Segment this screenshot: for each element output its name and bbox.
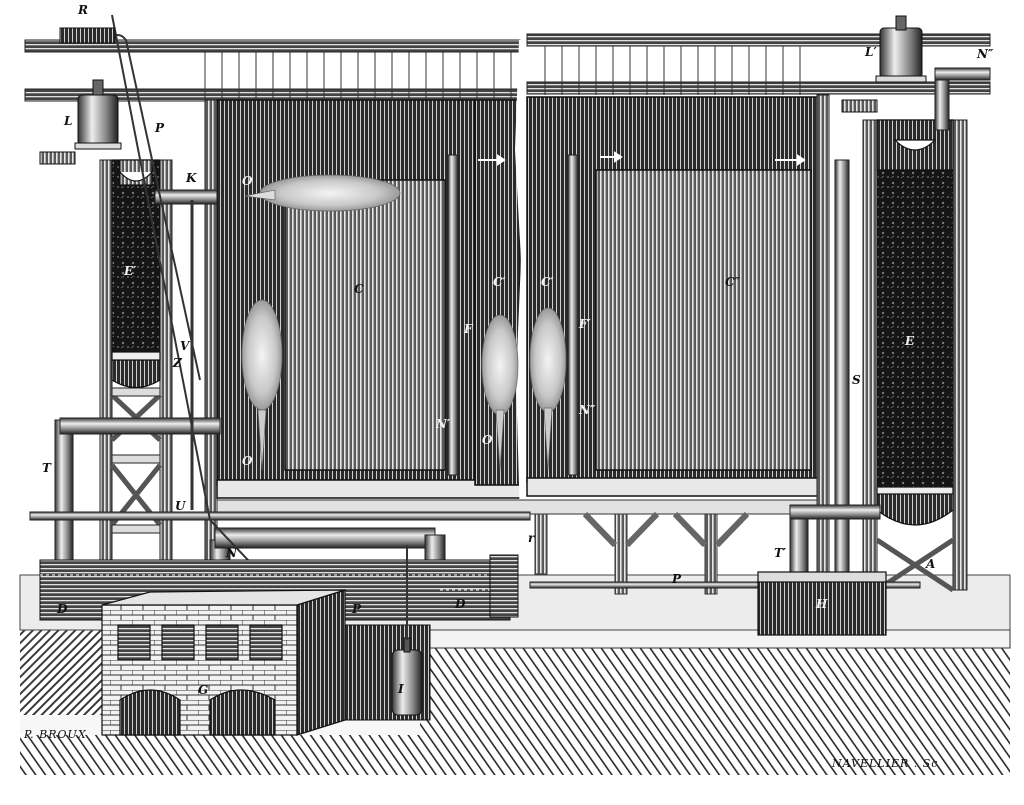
scrubber-right bbox=[877, 120, 953, 525]
label-e-prime: E′ bbox=[124, 265, 136, 277]
label-p-mid: P bbox=[352, 603, 361, 615]
label-s: S bbox=[852, 374, 861, 386]
label-d-right: D bbox=[455, 598, 465, 610]
label-r: R bbox=[78, 4, 88, 16]
label-p-right: P bbox=[672, 573, 681, 585]
label-o-top: O bbox=[242, 175, 252, 187]
label-f-prime: F′ bbox=[579, 318, 591, 330]
label-t-left: T bbox=[42, 462, 51, 474]
label-p-top: P bbox=[155, 122, 164, 134]
label-g: G bbox=[198, 684, 208, 696]
label-n-second: N″ bbox=[579, 404, 595, 416]
label-o-mid: O bbox=[482, 434, 492, 446]
label-n: N bbox=[226, 547, 237, 559]
engraving-illustration bbox=[0, 0, 1024, 805]
label-t-right: T′ bbox=[774, 547, 786, 559]
label-c-prime: C′ bbox=[493, 276, 506, 288]
label-v: V bbox=[180, 340, 189, 352]
signature-engraver: NAVELLIER . Sc bbox=[832, 757, 938, 770]
label-u: U bbox=[175, 500, 185, 512]
signature-artist: P. BROUX bbox=[24, 728, 87, 741]
label-f: F bbox=[464, 323, 473, 335]
label-c-second: C′ bbox=[541, 276, 554, 288]
label-n-third: N″ bbox=[977, 48, 993, 60]
furnace-g bbox=[102, 590, 345, 735]
label-e: E bbox=[905, 335, 914, 347]
label-o-left: O bbox=[242, 455, 252, 467]
label-a: A bbox=[926, 558, 935, 570]
label-h: H bbox=[816, 598, 827, 610]
label-i: I bbox=[398, 683, 404, 695]
overhead-beams bbox=[25, 34, 990, 101]
label-n-prime: N′ bbox=[436, 418, 450, 430]
chamber-right-post bbox=[817, 95, 829, 575]
label-r-small: r bbox=[528, 532, 534, 544]
label-k: K bbox=[186, 172, 196, 184]
label-z: Z bbox=[173, 357, 182, 369]
label-l-prime: L′ bbox=[865, 46, 877, 58]
label-d-left: D bbox=[57, 603, 67, 615]
label-c-third: C″ bbox=[725, 276, 740, 288]
label-c: C bbox=[354, 283, 364, 295]
label-l: L bbox=[64, 115, 72, 127]
